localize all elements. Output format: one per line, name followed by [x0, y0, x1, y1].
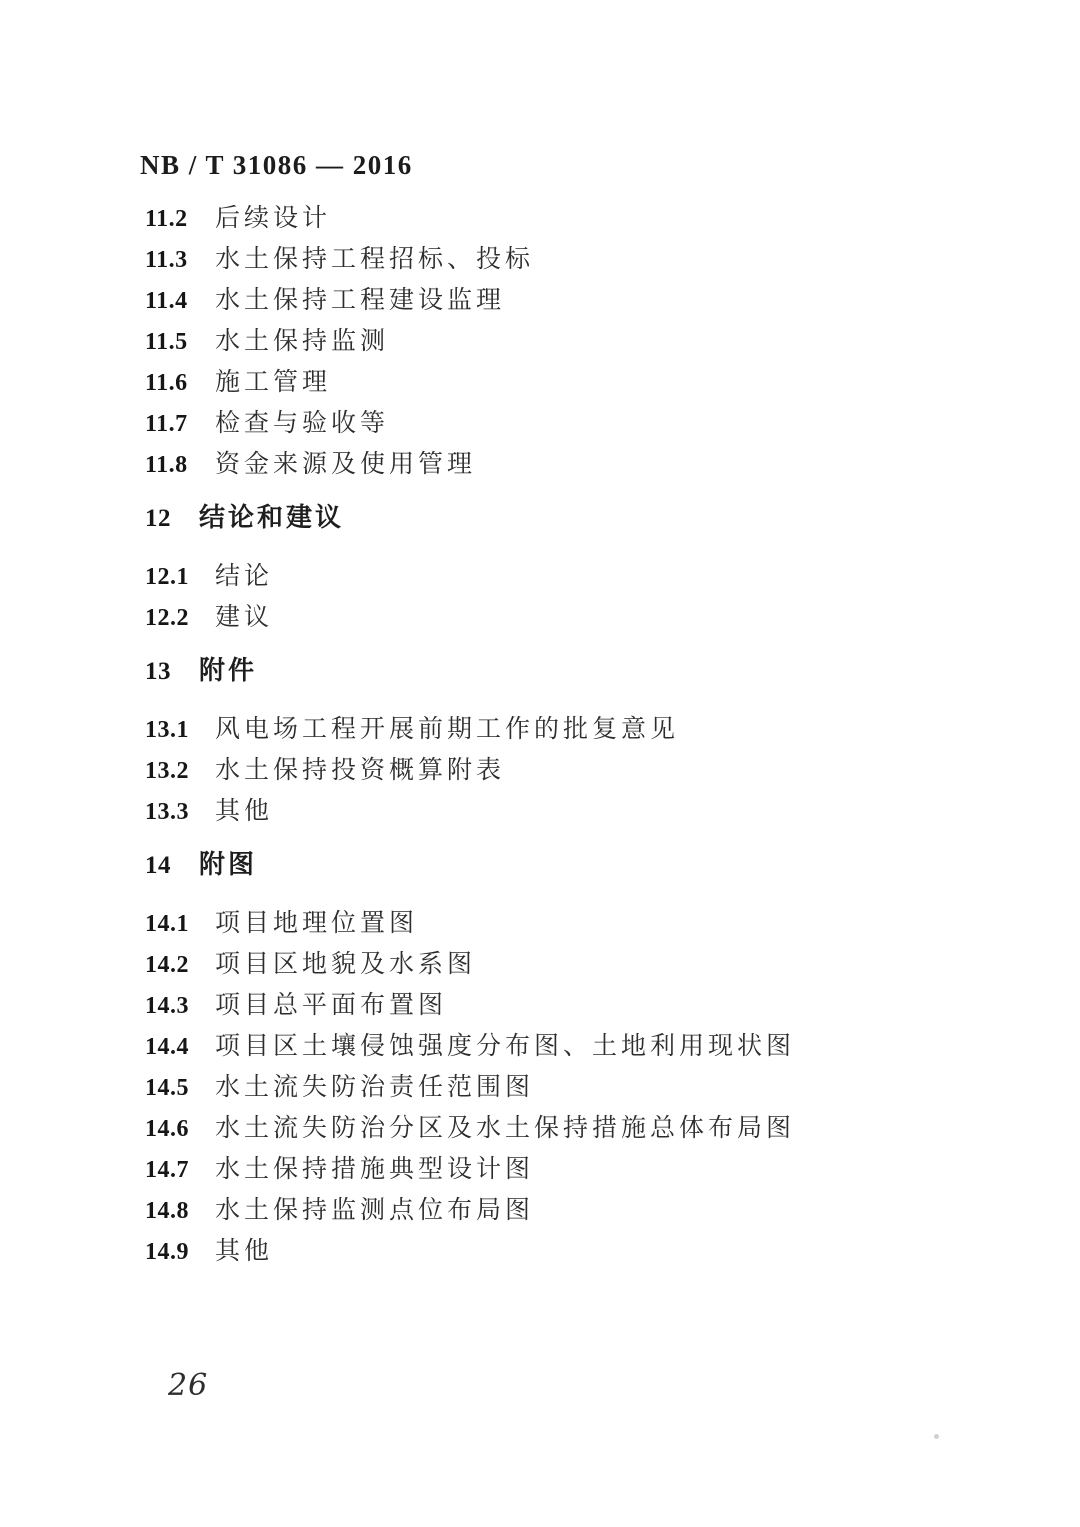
toc-entry: 13.2 水土保持投资概算附表	[145, 756, 965, 786]
toc-entry-number: 14.7	[145, 1157, 215, 1184]
toc-entry-label: 附图	[199, 847, 257, 881]
toc-entry: 14.1 项目地理位置图	[145, 909, 965, 939]
page-number: 26	[168, 1368, 208, 1403]
toc-entry: 14.3 项目总平面布置图	[145, 991, 965, 1021]
toc-entry: 14.9 其他	[145, 1237, 965, 1267]
toc-entry-label: 水土保持措施典型设计图	[215, 1155, 534, 1185]
toc-entry-label: 施工管理	[215, 368, 331, 398]
toc-entry-number: 11.5	[145, 329, 215, 356]
toc-entry-label: 风电场工程开展前期工作的批复意见	[215, 715, 679, 745]
scan-artifact-dot	[934, 1434, 939, 1439]
toc-entry-label: 其他	[215, 797, 273, 827]
toc-entry: 14.5 水土流失防治责任范围图	[145, 1073, 965, 1103]
toc-entry-number: 14	[145, 852, 199, 880]
toc-entry-label: 结论	[215, 562, 273, 592]
toc-entry-number: 11.3	[145, 247, 215, 274]
toc-entry-number: 11.8	[145, 452, 215, 479]
toc-entry-number: 14.6	[145, 1116, 215, 1143]
toc-entry-number: 14.3	[145, 993, 215, 1020]
toc-entry-label: 项目地理位置图	[215, 909, 418, 939]
toc-entry: 12 结论和建议	[145, 500, 965, 534]
toc-entry-number: 11.6	[145, 370, 215, 397]
toc-entry: 11.8 资金来源及使用管理	[145, 450, 965, 480]
toc-entry-number: 13.1	[145, 717, 215, 744]
toc-entry-number: 13	[145, 658, 199, 686]
toc-entry-label: 结论和建议	[199, 500, 344, 534]
toc-entry: 11.5 水土保持监测	[145, 327, 965, 357]
toc-entry: 14.7 水土保持措施典型设计图	[145, 1155, 965, 1185]
toc-entry-number: 14.8	[145, 1198, 215, 1225]
toc-entry-label: 项目区土壤侵蚀强度分布图、土地利用现状图	[215, 1032, 795, 1062]
toc-entry: 14 附图	[145, 847, 965, 881]
toc-entry-number: 13.2	[145, 758, 215, 785]
toc-entry: 11.3 水土保持工程招标、投标	[145, 245, 965, 275]
toc-entry-label: 水土保持工程招标、投标	[215, 245, 534, 275]
document-page: NB / T 31086 — 2016 11.2 后续设计 11.3 水土保持工…	[0, 0, 1080, 1527]
toc-entry: 12.2 建议	[145, 603, 965, 633]
toc-entry: 13.1 风电场工程开展前期工作的批复意见	[145, 715, 965, 745]
toc-entry-label: 项目总平面布置图	[215, 991, 447, 1021]
toc-entry-number: 12.1	[145, 564, 215, 591]
toc-entry-number: 11.4	[145, 288, 215, 315]
toc-entry-label: 建议	[215, 603, 273, 633]
toc-entry-label: 附件	[199, 653, 257, 687]
toc-entry: 11.4 水土保持工程建设监理	[145, 286, 965, 316]
toc-entry-label: 水土保持监测点位布局图	[215, 1196, 534, 1226]
toc-entry-label: 其他	[215, 1237, 273, 1267]
toc-entry: 11.6 施工管理	[145, 368, 965, 398]
toc-entry-number: 13.3	[145, 799, 215, 826]
toc-entry-number: 11.7	[145, 411, 215, 438]
toc-entry-number: 14.5	[145, 1075, 215, 1102]
toc-entry-label: 水土保持监测	[215, 327, 389, 357]
toc-entry-label: 检查与验收等	[215, 409, 389, 439]
toc-entry-number: 12	[145, 505, 199, 533]
toc-entry: 14.8 水土保持监测点位布局图	[145, 1196, 965, 1226]
toc-entry: 13 附件	[145, 653, 965, 687]
standard-number-header: NB / T 31086 — 2016	[140, 150, 413, 181]
toc-entry: 14.4 项目区土壤侵蚀强度分布图、土地利用现状图	[145, 1032, 965, 1062]
toc-entry: 12.1 结论	[145, 562, 965, 592]
toc-entry: 11.2 后续设计	[145, 204, 965, 234]
toc-entry-label: 水土流失防治责任范围图	[215, 1073, 534, 1103]
toc-entry-label: 资金来源及使用管理	[215, 450, 476, 480]
toc-entry-label: 后续设计	[215, 204, 331, 234]
toc-entry-number: 14.9	[145, 1239, 215, 1266]
toc-entry-number: 11.2	[145, 206, 215, 233]
toc-entry-label: 项目区地貌及水系图	[215, 950, 476, 980]
toc-list: 11.2 后续设计 11.3 水土保持工程招标、投标 11.4 水土保持工程建设…	[145, 204, 965, 1278]
toc-entry-label: 水土流失防治分区及水土保持措施总体布局图	[215, 1114, 795, 1144]
toc-entry: 13.3 其他	[145, 797, 965, 827]
toc-entry: 11.7 检查与验收等	[145, 409, 965, 439]
toc-entry: 14.6 水土流失防治分区及水土保持措施总体布局图	[145, 1114, 965, 1144]
toc-entry-number: 14.4	[145, 1034, 215, 1061]
toc-entry-label: 水土保持投资概算附表	[215, 756, 505, 786]
toc-entry-label: 水土保持工程建设监理	[215, 286, 505, 316]
toc-entry-number: 14.2	[145, 952, 215, 979]
toc-entry: 14.2 项目区地貌及水系图	[145, 950, 965, 980]
toc-entry-number: 12.2	[145, 605, 215, 632]
toc-entry-number: 14.1	[145, 911, 215, 938]
